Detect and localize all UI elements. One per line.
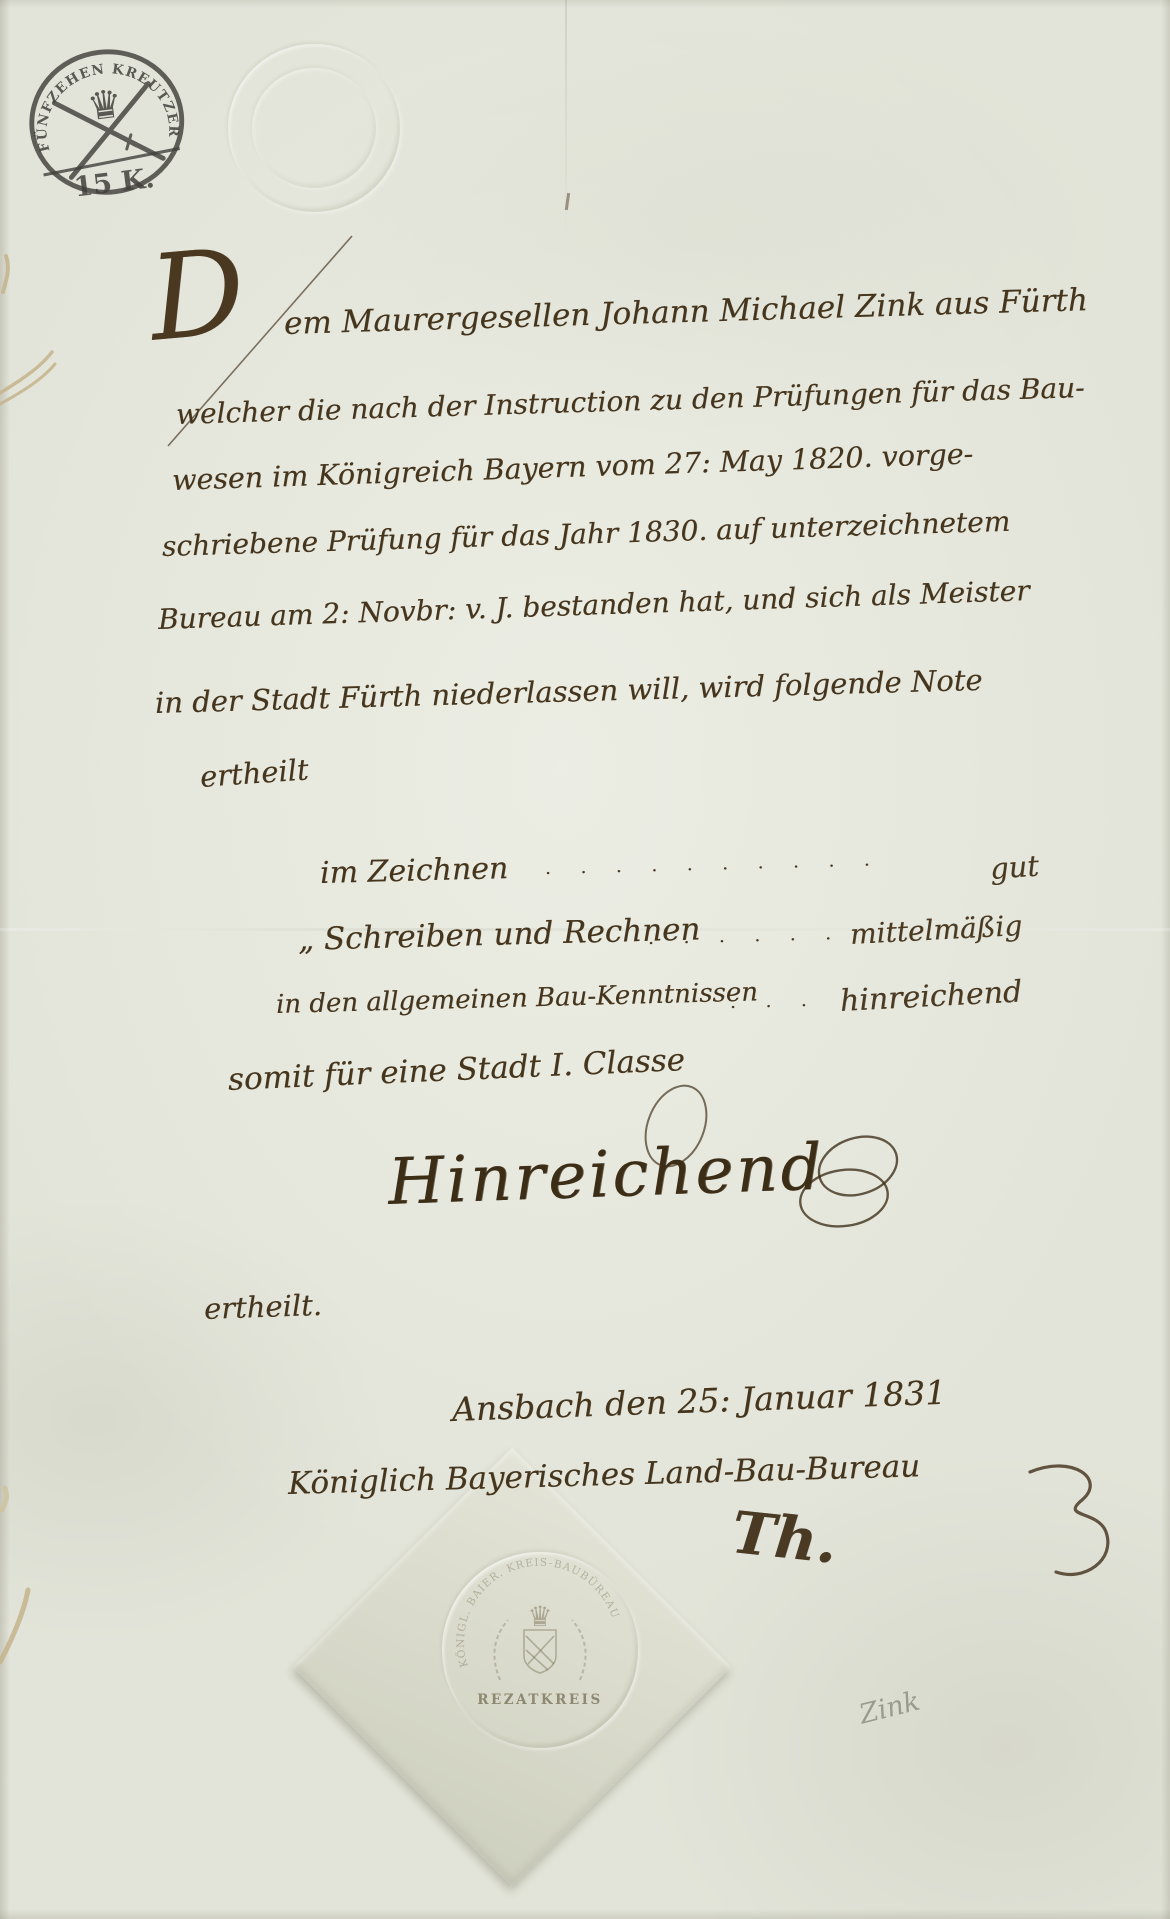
seal-shield-icon	[524, 1630, 556, 1673]
signature-paraph: Th.	[728, 1498, 840, 1577]
verdict-class-line: somit für eine Stadt I. Classe	[227, 1042, 685, 1098]
manuscript-line: Bureau am 2: Novbr: v. J. bestanden hat,…	[157, 574, 1030, 636]
seal-bottom-text: REZATKREIS	[477, 1692, 602, 1708]
hinreichend-flourish	[786, 1124, 926, 1254]
grade-value: gut	[989, 849, 1040, 886]
wafer-seal-emblem: KÖNIGL. BAIER. KREIS-BAUBÜREAU ♛ REZATKR…	[442, 1552, 638, 1748]
issuer-end-flourish	[1012, 1458, 1122, 1588]
manuscript-line: in der Stadt Fürth niederlassen will, wi…	[155, 663, 983, 720]
dotted-leader: . . . . . . . . . . . .	[545, 849, 875, 879]
stray-ink-mark	[565, 193, 570, 210]
grade-subject: im Zeichnen	[320, 851, 509, 891]
seal-crown-icon: ♛	[527, 1600, 552, 1633]
grade-subject: „ Schreiben und Rechnen	[298, 911, 701, 958]
verdict-closing: ertheilt.	[203, 1288, 322, 1326]
dotted-leader: . . . .	[730, 989, 831, 1013]
grade-value: hinreichend	[839, 974, 1023, 1018]
manuscript-line: em Maurergesellen Johann Michael Zink au…	[283, 282, 1088, 342]
blind-embossed-seal-inner	[252, 68, 376, 188]
dateline-place-date: Ansbach den 25: Januar 1831	[451, 1373, 946, 1429]
revenue-stamp-graphic: FÜNFZEHEN KREUTZER ♛ 15 K.	[15, 38, 198, 209]
verdict-note-word: Hinreichend	[387, 1131, 826, 1220]
issuer-line: Königlich Bayerisches Land-Bau-Bureau	[287, 1448, 920, 1502]
grade-value: mittelmäßig	[849, 909, 1023, 951]
pencil-note: Zink	[856, 1686, 923, 1731]
dotted-leader: . . . . . . . .	[648, 923, 838, 949]
manuscript-line: ertheilt	[199, 752, 310, 794]
manuscript-line: schriebene Prüfung für das Jahr 1830. au…	[162, 505, 1011, 563]
revenue-stamp: FÜNFZEHEN KREUTZER ♛ 15 K.	[15, 38, 198, 209]
document-scan: { "page": { "paper_color": "#e2e4d9", "i…	[0, 0, 1170, 1919]
grade-subject: in den allgemeinen Bau-Kenntnissen	[276, 977, 759, 1020]
vertical-fold-crease	[565, 0, 567, 235]
